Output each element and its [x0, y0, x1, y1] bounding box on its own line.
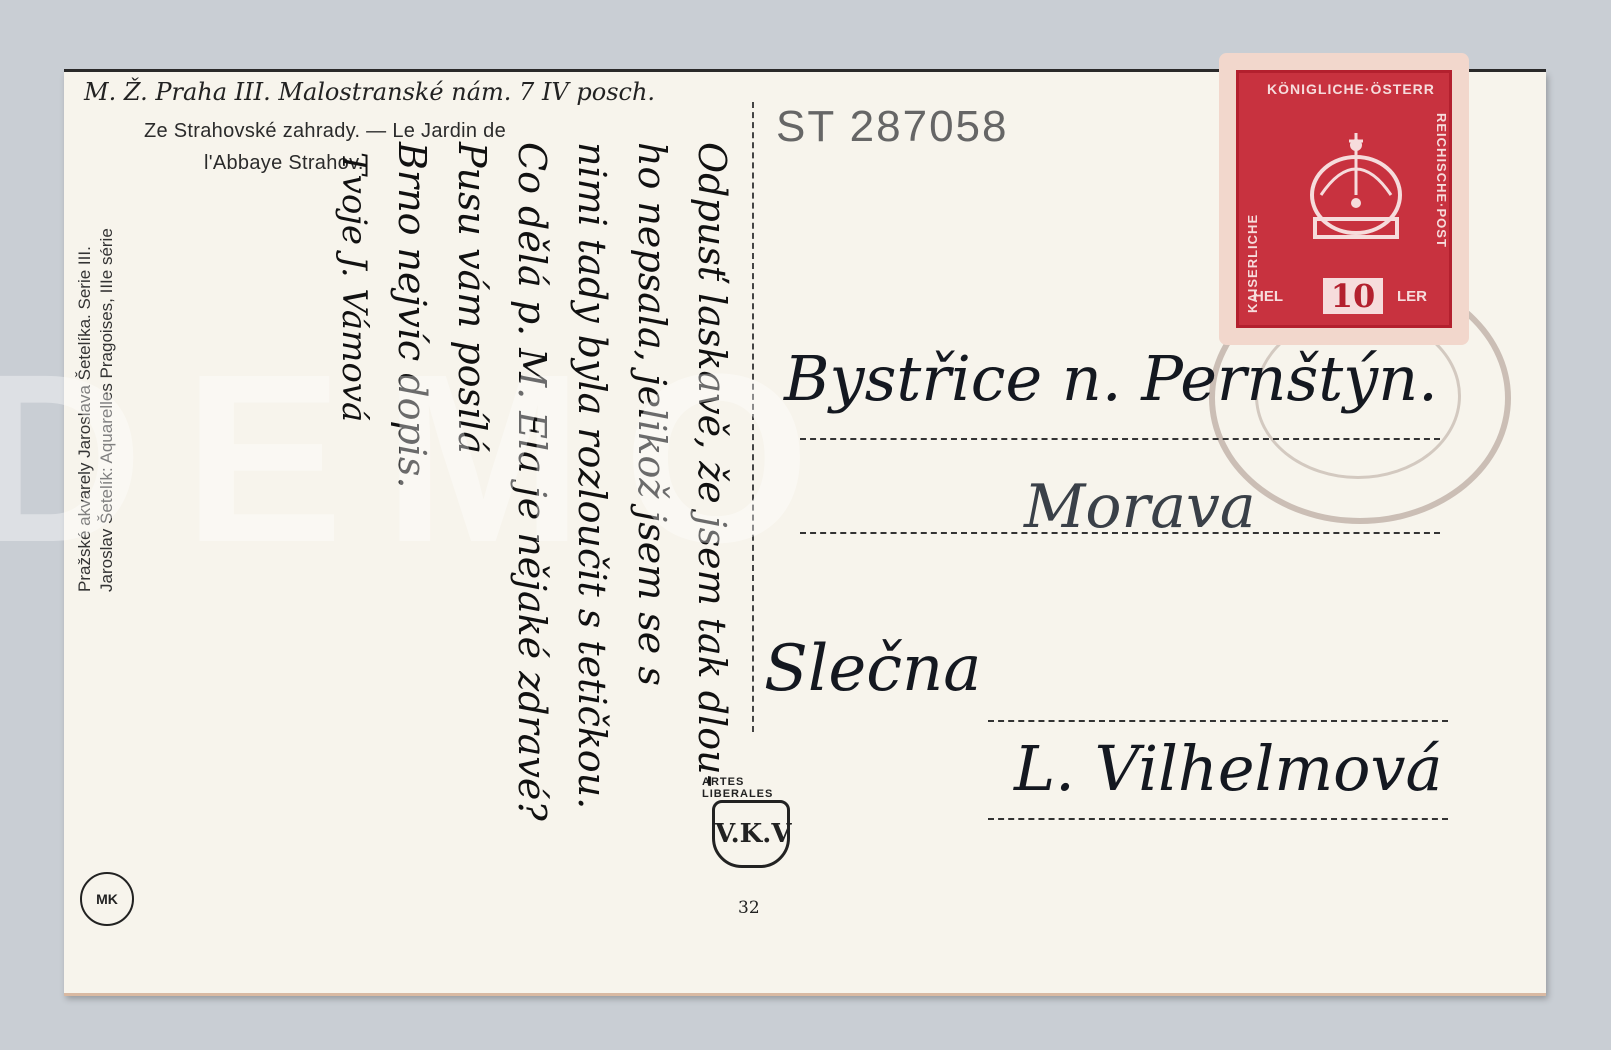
signature: Tvoje J. Vámová	[334, 152, 374, 422]
stamp-inscription-top: KÖNIGLICHE·ÖSTERR	[1267, 81, 1435, 97]
address-dotted-line	[800, 532, 1440, 534]
logo-arc-text: ARTES LIBERALES	[702, 776, 804, 800]
center-divider	[752, 102, 754, 732]
address-dotted-line	[800, 438, 1440, 440]
stamp-face: KÖNIGLICHE·ÖSTERR KAISERLICHE REICHISCHE…	[1236, 70, 1452, 328]
message-line: Co dělá p. M. Ela je nějaké zdravé?	[510, 142, 554, 821]
postage-stamp: KÖNIGLICHE·ÖSTERR KAISERLICHE REICHISCHE…	[1224, 58, 1464, 340]
message-line: Odpusť laskavě, že jsem tak dlou-	[690, 142, 734, 787]
message-line: ho nepsala, jelikož jsem se s	[630, 142, 674, 686]
message-line: Brno nejvíc dopis.	[390, 142, 434, 489]
caption-line-1: Ze Strahovské zahrady. — Le Jardin de	[144, 120, 506, 143]
credit-line-2: Jaroslav Šetelík: Aquarelles Pragoises, …	[96, 228, 118, 592]
stamp-inscription-right: REICHISCHE·POST	[1434, 113, 1449, 248]
address-line-1: Bystřice n. Pernštýn.	[784, 342, 1438, 415]
pencil-stock-number: ST 287058	[776, 102, 1008, 152]
handwritten-sender-address: M. Ž. Praha III. Malostranské nám. 7 IV …	[84, 78, 655, 106]
address-dotted-line	[988, 720, 1448, 722]
message-line: nimi tady byla rozloučit s tetičkou.	[570, 142, 614, 809]
publisher-corner-mark-icon: MK	[80, 872, 134, 926]
crown-icon	[1301, 133, 1411, 253]
logo-monogram: V.K.V	[712, 800, 790, 868]
artes-liberales-logo: ARTES LIBERALES V.K.V	[694, 772, 804, 887]
handwritten-message: Odpusť laskavě, že jsem tak dlou- ho nep…	[174, 142, 734, 962]
card-edge	[64, 993, 1546, 996]
stamp-currency-right: LER	[1397, 288, 1427, 305]
postcard-back: M. Ž. Praha III. Malostranské nám. 7 IV …	[64, 72, 1546, 996]
card-number: 32	[738, 898, 760, 918]
address-dotted-line	[988, 818, 1448, 820]
address-line-3: Slečna	[764, 632, 981, 706]
credit-line-1: Pražské akvarely Jaroslava Šetelíka. Ser…	[74, 228, 96, 592]
address-line-4: L. Vilhelmová	[1014, 732, 1443, 805]
publisher-credit: Pražské akvarely Jaroslava Šetelíka. Ser…	[74, 228, 118, 592]
stamp-currency-left: HEL	[1253, 288, 1283, 305]
message-line: Pusu vám posílá	[450, 142, 494, 454]
stamp-value: 10	[1323, 278, 1383, 314]
